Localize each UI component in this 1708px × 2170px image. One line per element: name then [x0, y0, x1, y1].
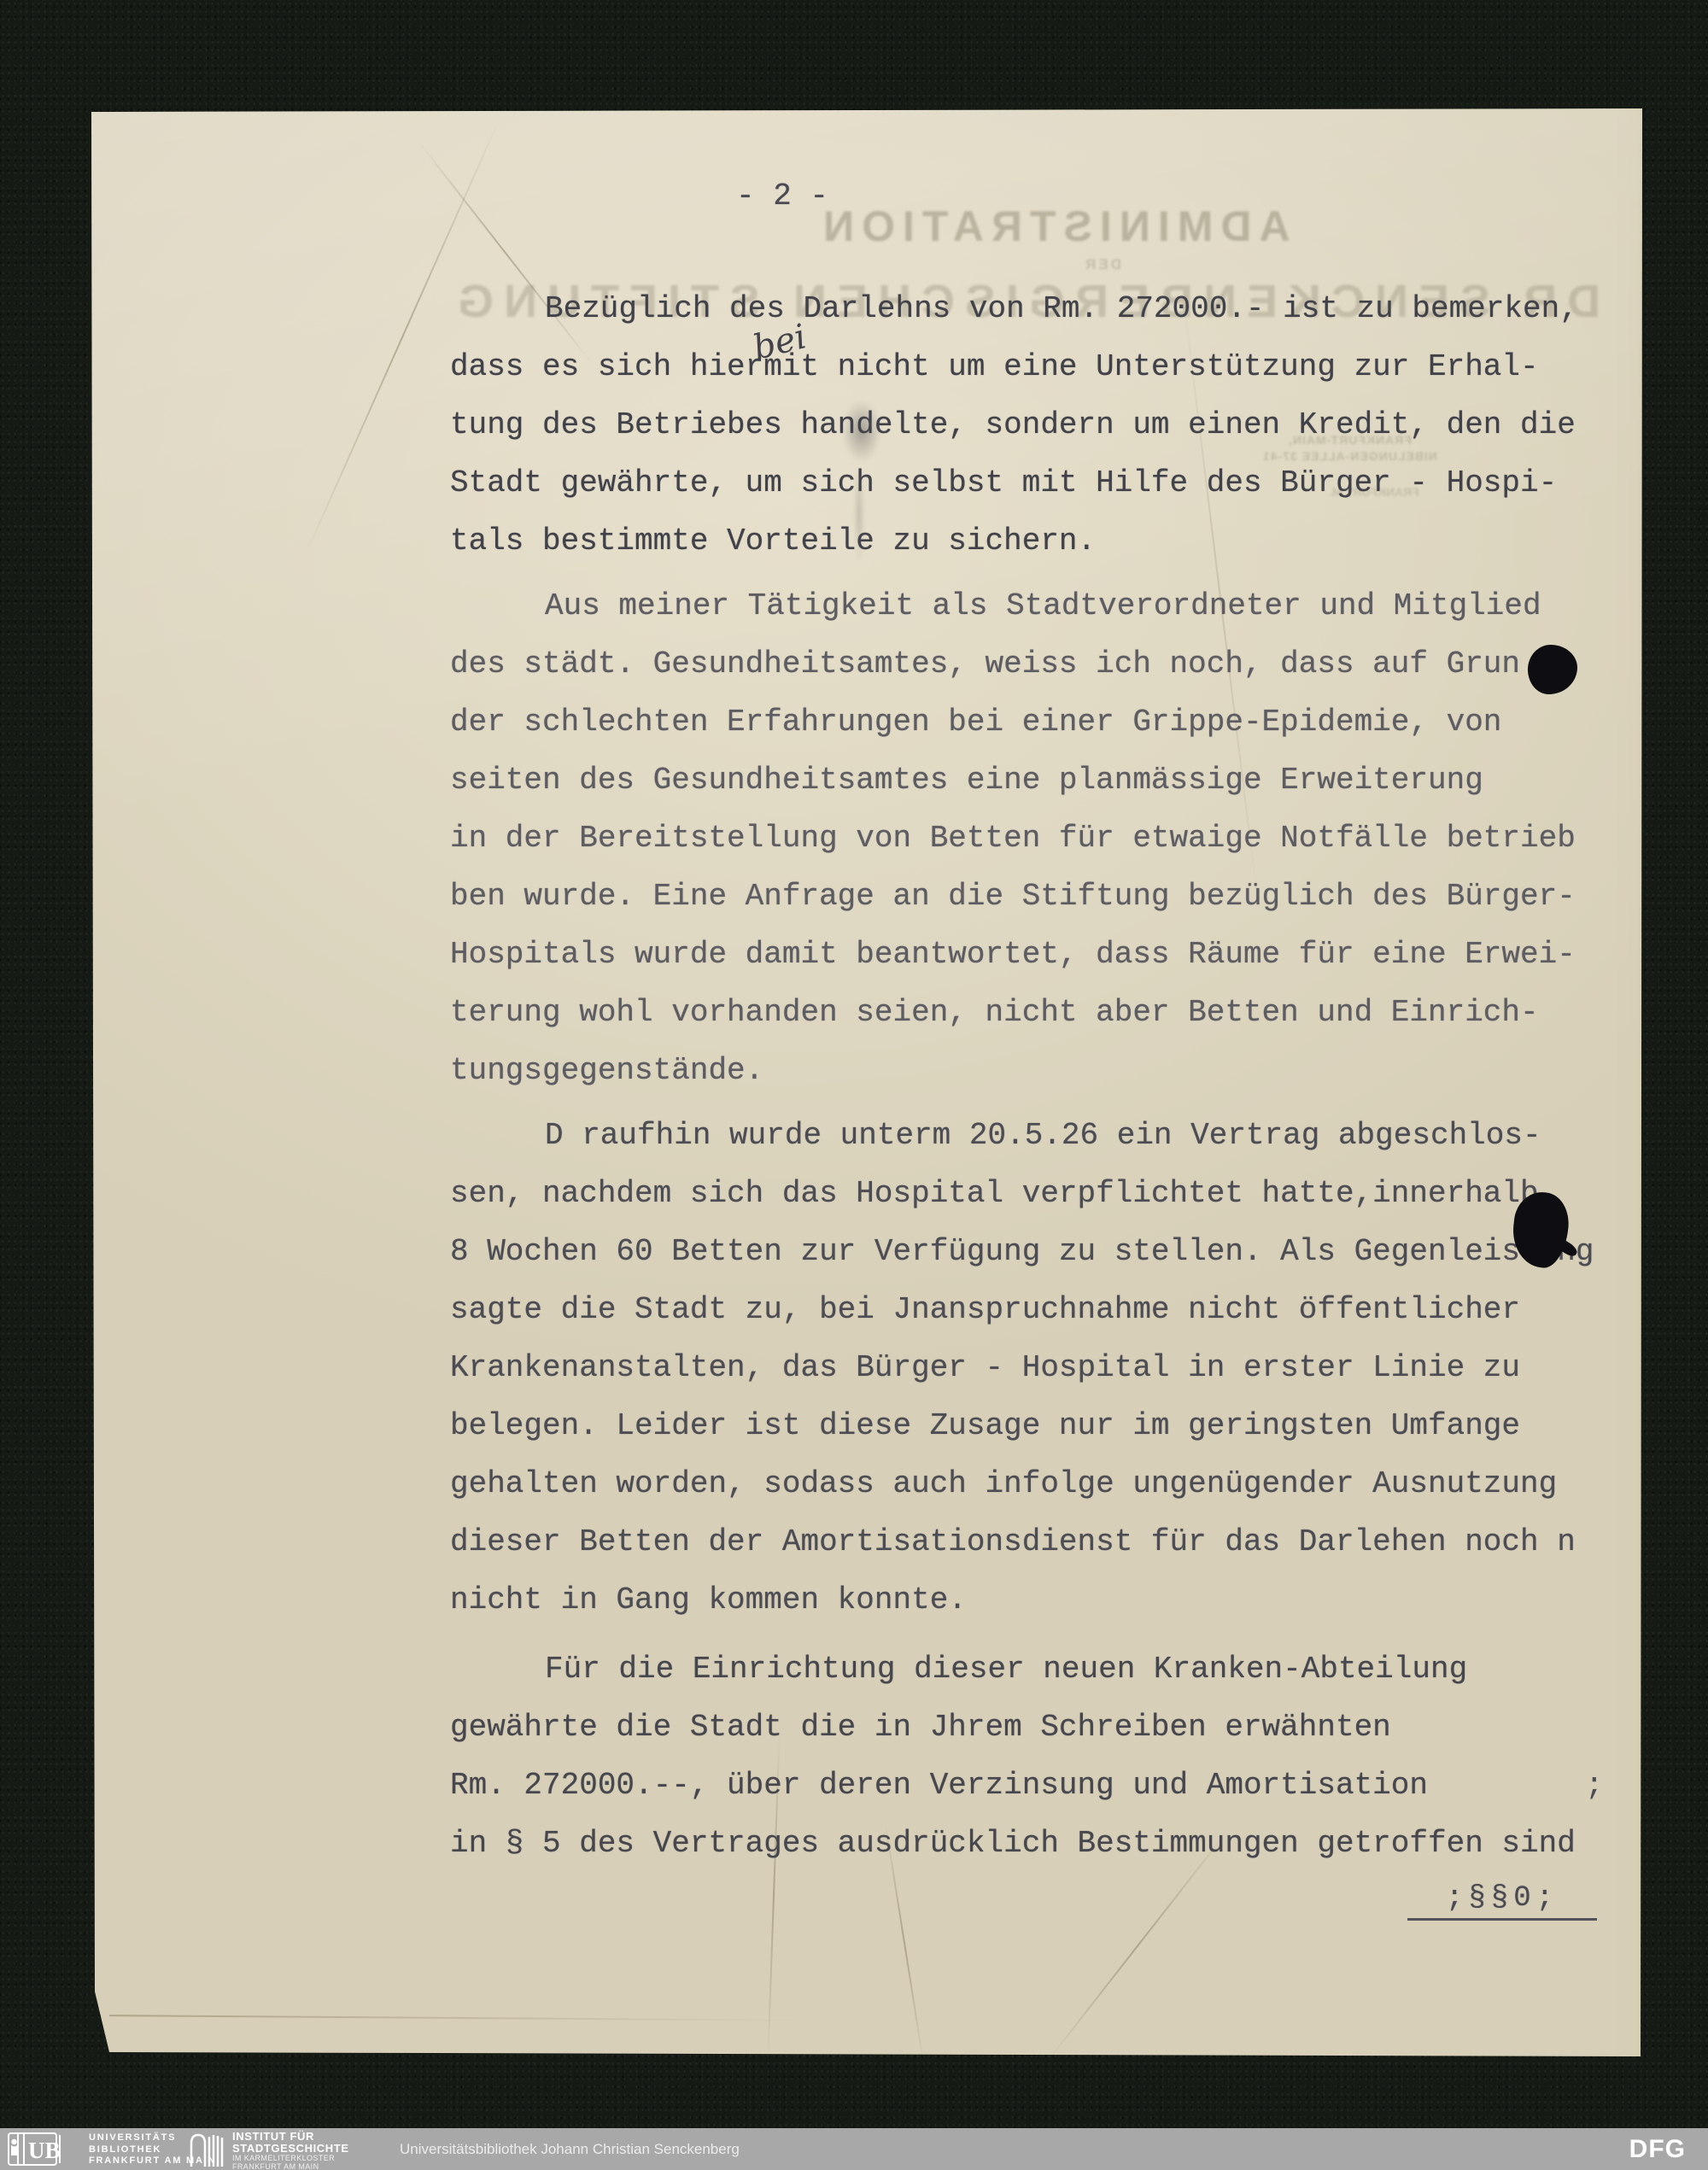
typed-line: nicht in Gang kommen konnte. [450, 1571, 1594, 1629]
typed-line: gehalten worden, sodass auch infolge ung… [450, 1455, 1594, 1513]
typed-line: in der Bereitstellung von Betten für etw… [450, 810, 1576, 868]
institut-wordmark-small: IM KARMELITERKLOSTER FRANKFURT AM MAIN [232, 2155, 335, 2170]
typed-line: ben wurde. Eine Anfrage an die Stiftung … [450, 868, 1576, 926]
scan-viewer-canvas: ADMINISTRATION DER DR SENCKENBERGISCHEN … [0, 0, 1708, 2170]
typed-line: Stadt gewährte, um sich selbst mit Hilfe… [450, 454, 1578, 512]
typed-paragraph-2: Aus meiner Tätigkeit als Stadtverordnete… [450, 577, 1576, 1100]
ink-smudge [842, 400, 881, 463]
typed-line: belegen. Leider ist diese Zusage nur im … [450, 1397, 1594, 1455]
ub-library-logo-icon: UB [7, 2132, 82, 2170]
ghost-letterhead-administration: ADMINISTRATION [816, 202, 1290, 251]
typed-paragraph-3: D raufhin wurde unterm 20.5.26 ein Vertr… [450, 1107, 1594, 1629]
institut-line: STADTGESCHICHTE [232, 2143, 349, 2155]
institut-wordmark-bold: INSTITUT FÜR STADTGESCHICHTE [232, 2131, 349, 2155]
typed-line: Bezüglich des Darlehns von Rm. 272000.- … [450, 280, 1578, 338]
typed-line: Rm. 272000.--, über deren Verzinsung und… [450, 1757, 1576, 1815]
typed-line: in § 5 des Vertrages ausdrücklich Bestim… [450, 1815, 1576, 1873]
typed-line: dieser Betten der Amortisationsdienst fü… [450, 1513, 1594, 1571]
paper-fold-line [109, 2015, 810, 2021]
library-name-label: Universitätsbibliothek Johann Christian … [400, 2141, 740, 2158]
typed-paragraph-4: Für die Einrichtung dieser neuen Kranken… [450, 1641, 1576, 1873]
institut-line: INSTITUT FÜR [232, 2131, 349, 2143]
typed-line: Aus meiner Tätigkeit als Stadtverordnete… [450, 577, 1576, 635]
svg-text:UB: UB [28, 2138, 61, 2163]
digitization-footer-bar: UB UNIVERSITÄTS BIBLIOTHEK FRANKFURT AM … [0, 2128, 1708, 2170]
stray-semicolon: ; [1585, 1757, 1604, 1815]
scanned-letter-page: ADMINISTRATION DER DR SENCKENBERGISCHEN … [0, 0, 1708, 2170]
typed-line: 8 Wochen 60 Betten zur Verfügung zu stel… [450, 1223, 1594, 1281]
typed-line: des städt. Gesundheitsamtes, weiss ich n… [450, 635, 1576, 693]
typed-line: tals bestimmte Vorteile zu sichern. [450, 512, 1578, 570]
typed-line: Krankenanstalten, das Bürger - Hospital … [450, 1339, 1594, 1397]
typed-line: Hospitals wurde damit beantwortet, dass … [450, 926, 1576, 984]
typed-line: dass es sich hiermit nicht um eine Unter… [450, 338, 1578, 396]
typed-line: der schlechten Erfahrungen bei einer Gri… [450, 693, 1576, 752]
institut-stadtgeschichte-logo-icon [188, 2132, 225, 2170]
page-number: - 2 - [736, 167, 828, 225]
typed-line: seiten des Gesundheitsamtes eine planmäs… [450, 752, 1576, 810]
overtyped-stamp: ;§§0; [1407, 1882, 1597, 1921]
ghost-letterhead-der: DER [1083, 256, 1121, 273]
ink-smudge [854, 465, 864, 564]
typed-line: gewährte die Stadt die in Jhrem Schreibe… [450, 1699, 1576, 1757]
typed-line: tung des Betriebes handelte, sondern um … [450, 396, 1578, 454]
typed-line: sagte die Stadt zu, bei Jnanspruchnahme … [450, 1281, 1594, 1339]
typed-line: Für die Einrichtung dieser neuen Kranken… [450, 1641, 1576, 1699]
dfg-logo: DFG [1629, 2135, 1686, 2164]
typed-line: sen, nachdem sich das Hospital verpflich… [450, 1165, 1594, 1223]
typed-paragraph-1: Bezüglich des Darlehns von Rm. 272000.- … [450, 280, 1578, 570]
typed-line: D raufhin wurde unterm 20.5.26 ein Vertr… [450, 1107, 1594, 1165]
typed-line: tungsgegenstände. [450, 1042, 1576, 1100]
institut-line: FRANKFURT AM MAIN [232, 2163, 335, 2170]
typed-line: terung wohl vorhanden seien, nicht aber … [450, 984, 1576, 1042]
